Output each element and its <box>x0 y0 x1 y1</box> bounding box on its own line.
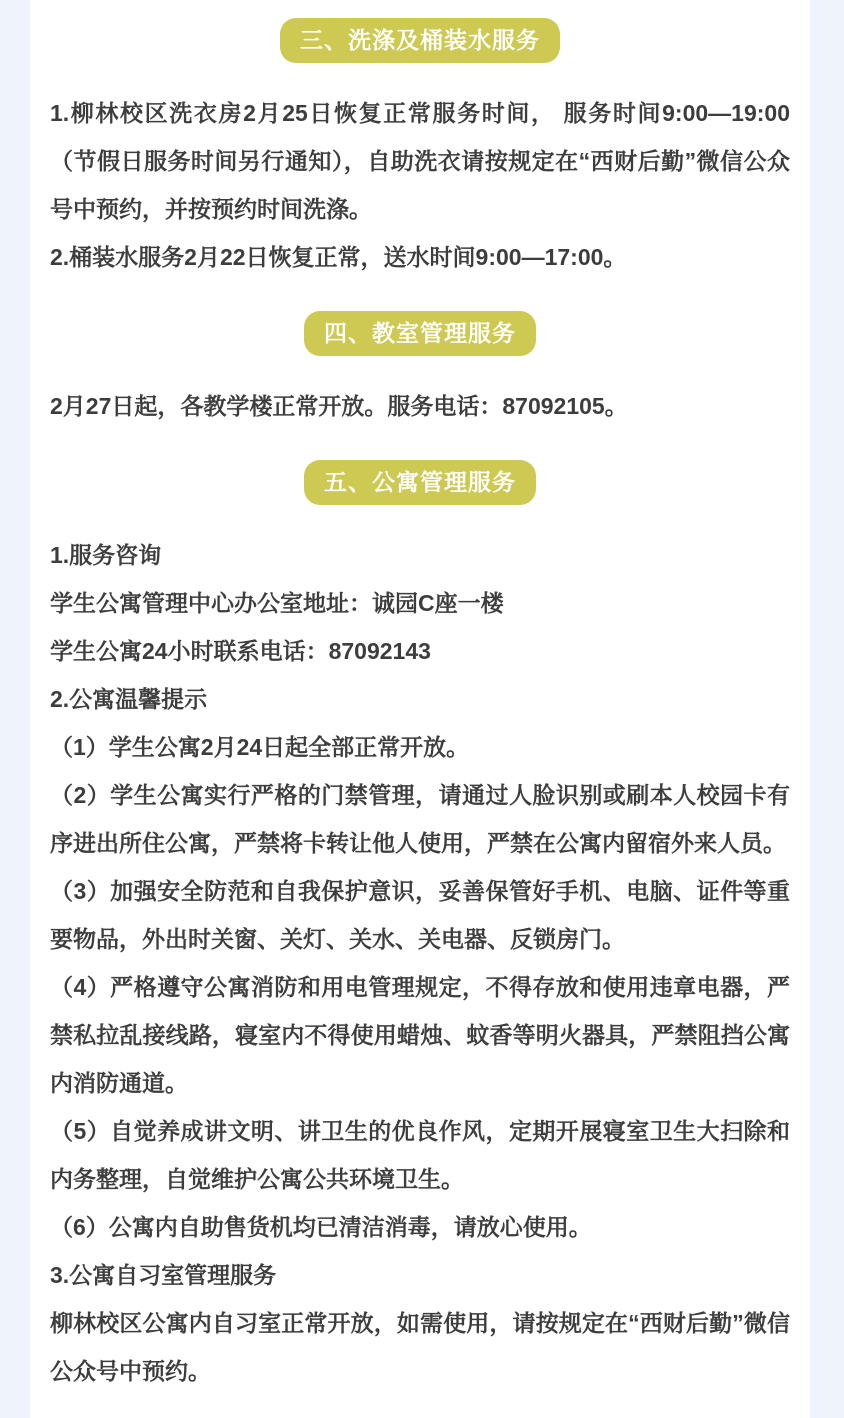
section-badge-row: 五、公寓管理服务 <box>50 460 790 505</box>
section-badge-row: 四、教室管理服务 <box>50 311 790 356</box>
sections-container: 三、洗涤及桶装水服务 1.柳林校区洗衣房2月25日恢复正常服务时间， 服务时间9… <box>50 0 790 1395</box>
service-section: 五、公寓管理服务 1.服务咨询学生公寓管理中心办公室地址：诚园C座一楼学生公寓2… <box>50 460 790 1395</box>
section-paragraphs: 1.柳林校区洗衣房2月25日恢复正常服务时间， 服务时间9:00—19:00（节… <box>50 89 790 281</box>
paragraph: （4）严格遵守公寓消防和用电管理规定，不得存放和使用违章电器，严禁私拉乱接线路，… <box>50 963 790 1107</box>
paragraph: 1.服务咨询 <box>50 531 790 579</box>
paragraph: 柳林校区公寓内自习室正常开放，如需使用，请按规定在“西财后勤”微信公众号中预约。 <box>50 1299 790 1395</box>
page-background: 三、洗涤及桶装水服务 1.柳林校区洗衣房2月25日恢复正常服务时间， 服务时间9… <box>0 0 844 1418</box>
section-badge: 三、洗涤及桶装水服务 <box>280 18 560 63</box>
paragraph: （3）加强安全防范和自我保护意识，妥善保管好手机、电脑、证件等重要物品，外出时关… <box>50 867 790 963</box>
service-section: 三、洗涤及桶装水服务 1.柳林校区洗衣房2月25日恢复正常服务时间， 服务时间9… <box>50 0 790 281</box>
paragraph: （5）自觉养成讲文明、讲卫生的优良作风，定期开展寝室卫生大扫除和内务整理，自觉维… <box>50 1107 790 1203</box>
paragraph: （1）学生公寓2月24日起全部正常开放。 <box>50 723 790 771</box>
paragraph: 3.公寓自习室管理服务 <box>50 1251 790 1299</box>
paragraph: 2.桶装水服务2月22日恢复正常，送水时间9:00—17:00。 <box>50 233 790 281</box>
paragraph: （6）公寓内自助售货机均已清洁消毒，请放心使用。 <box>50 1203 790 1251</box>
section-badge-row: 三、洗涤及桶装水服务 <box>50 0 790 63</box>
paragraph: 2.公寓温馨提示 <box>50 675 790 723</box>
article-content: 三、洗涤及桶装水服务 1.柳林校区洗衣房2月25日恢复正常服务时间， 服务时间9… <box>30 0 810 1418</box>
section-badge: 四、教室管理服务 <box>304 311 536 356</box>
paragraph: 学生公寓管理中心办公室地址：诚园C座一楼 <box>50 579 790 627</box>
section-paragraphs: 2月27日起，各教学楼正常开放。服务电话：87092105。 <box>50 382 790 430</box>
paragraph: 2月27日起，各教学楼正常开放。服务电话：87092105。 <box>50 382 790 430</box>
section-paragraphs: 1.服务咨询学生公寓管理中心办公室地址：诚园C座一楼学生公寓24小时联系电话：8… <box>50 531 790 1395</box>
paragraph: （2）学生公寓实行严格的门禁管理，请通过人脸识别或刷本人校园卡有序进出所住公寓，… <box>50 771 790 867</box>
paragraph: 学生公寓24小时联系电话：87092143 <box>50 627 790 675</box>
section-badge: 五、公寓管理服务 <box>304 460 536 505</box>
paragraph: 1.柳林校区洗衣房2月25日恢复正常服务时间， 服务时间9:00—19:00（节… <box>50 89 790 233</box>
service-section: 四、教室管理服务 2月27日起，各教学楼正常开放。服务电话：87092105。 <box>50 311 790 430</box>
